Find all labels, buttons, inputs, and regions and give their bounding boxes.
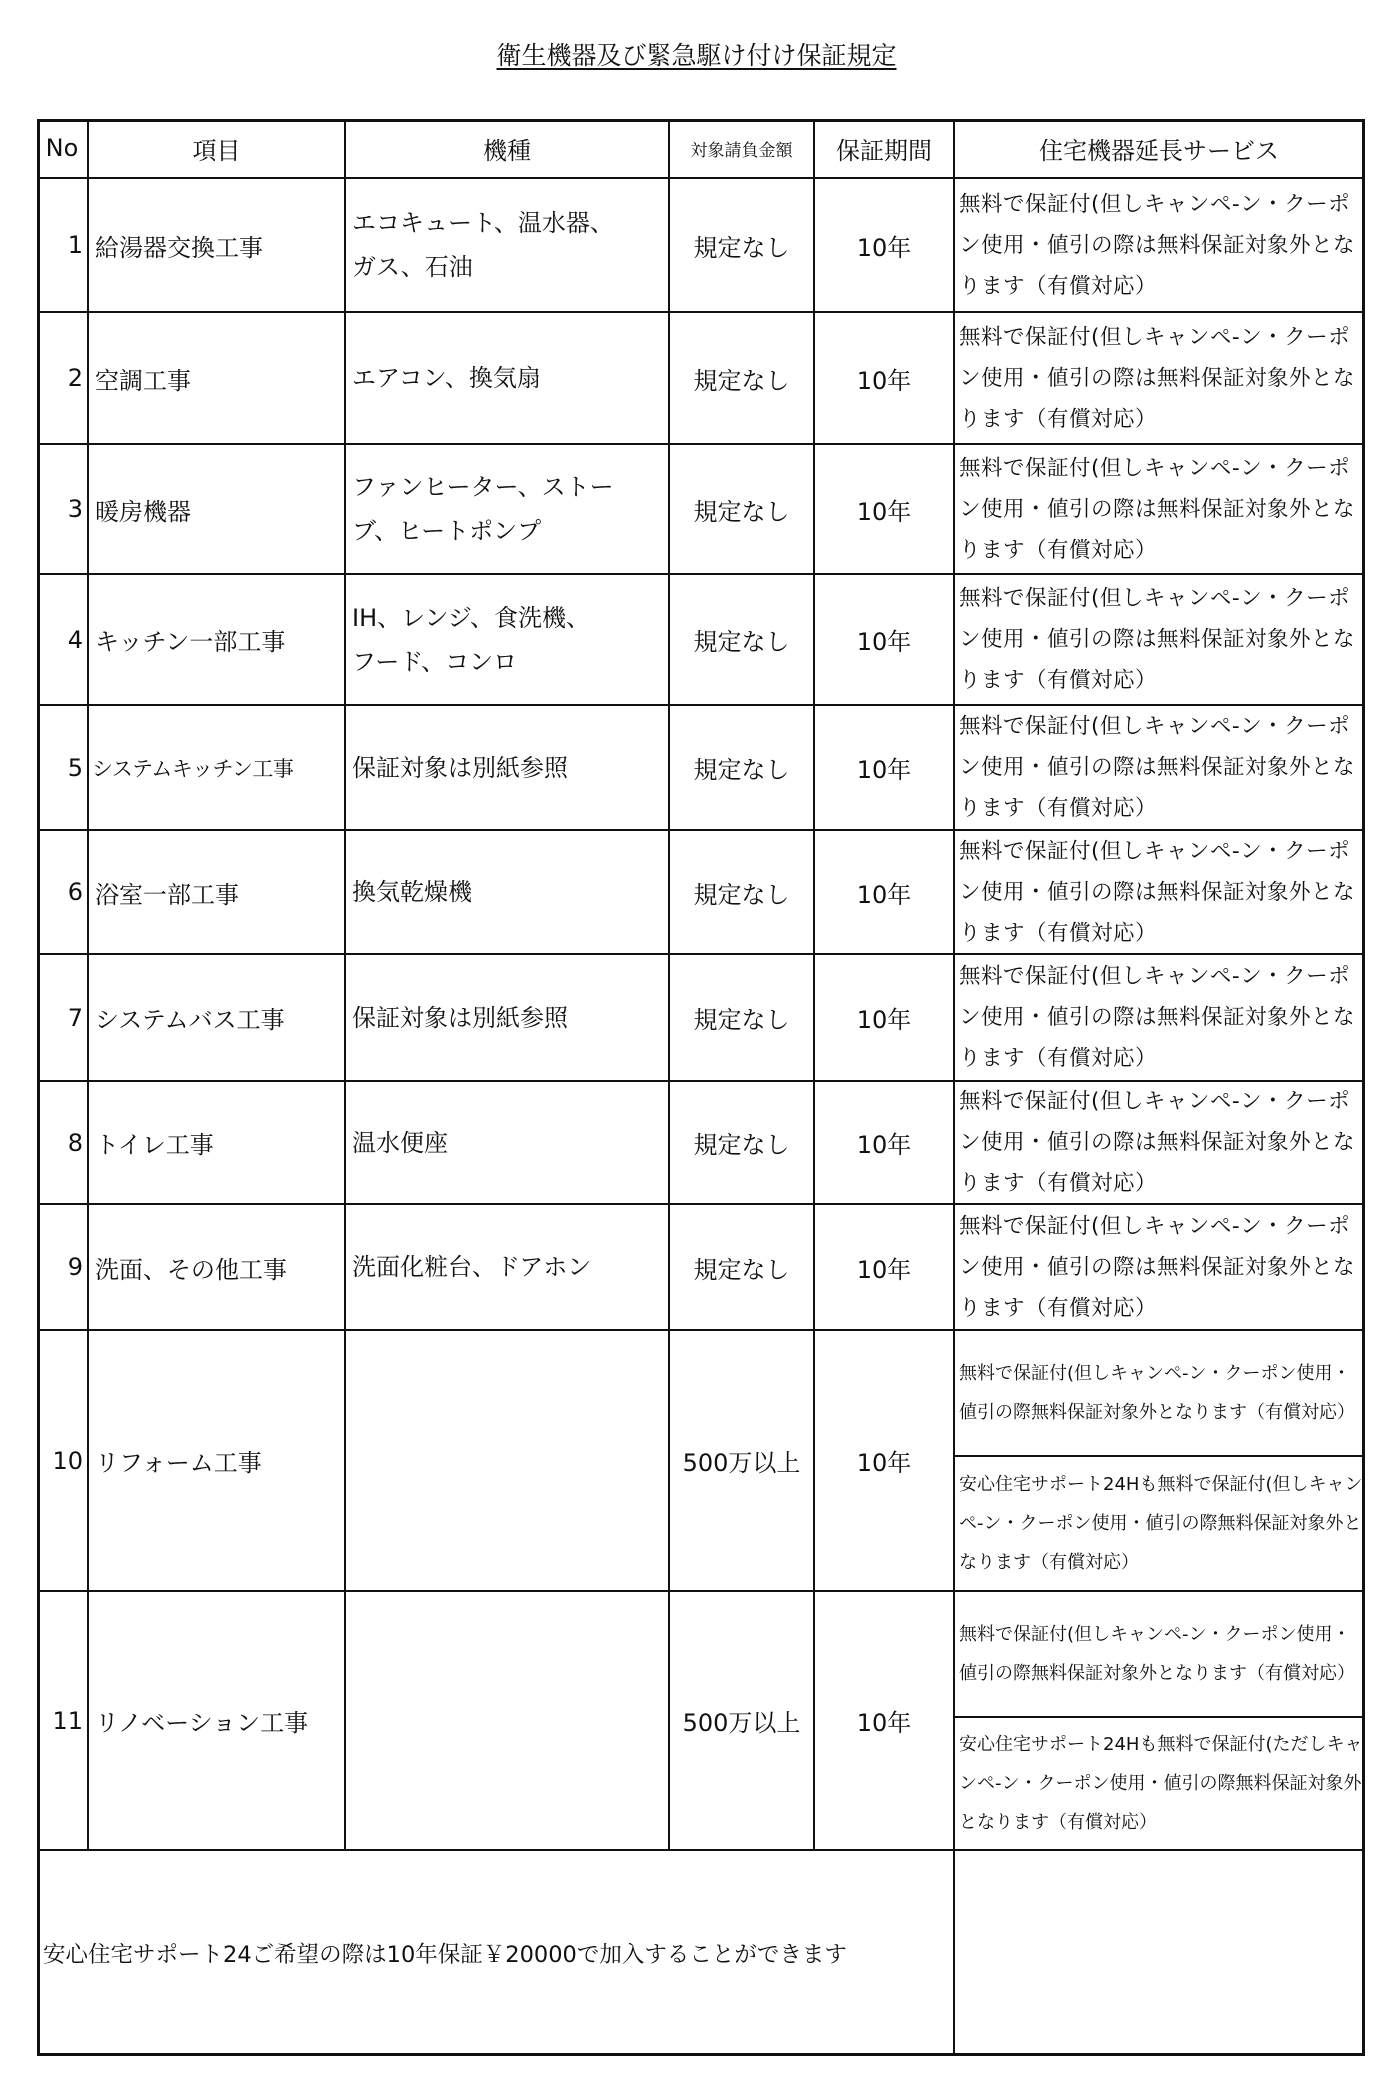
row-item: リノベーション工事	[89, 1592, 346, 1851]
document-title: 衛生機器及び緊急駆け付け保証規定	[0, 36, 1393, 72]
row-model	[346, 1592, 670, 1851]
row-model: 洗面化粧台、ドアホン	[346, 1205, 670, 1331]
row-service: 無料で保証付(但しキャンペ-ン・クーポン使用・値引の際は無料保証対象外となります…	[955, 1205, 1365, 1331]
row-item: トイレ工事	[89, 1082, 346, 1205]
row-model: ファンヒーター、ストー ブ、ヒートポンプ	[346, 445, 670, 575]
row-amount: 規定なし	[670, 575, 815, 706]
row-service: 無料で保証付(但しキャンペ-ン・クーポン使用・値引の際は無料保証対象外となります…	[955, 955, 1365, 1082]
row-model: IH、レンジ、食洗機、 フード、コンロ	[346, 575, 670, 706]
row-item: 暖房機器	[89, 445, 346, 575]
header-service: 住宅機器延長サービス	[955, 119, 1365, 179]
row-period: 10年	[815, 1331, 955, 1592]
row-model: 温水便座	[346, 1082, 670, 1205]
row-model: 保証対象は別紙参照	[346, 706, 670, 831]
row-item: キッチン一部工事	[89, 575, 346, 706]
row-period: 10年	[815, 179, 955, 313]
row-service-support24h: 安心住宅サポート24Hも無料で保証付(ただしキャンペ-ン・クーポン使用・値引の際…	[955, 1718, 1365, 1851]
row-service: 無料で保証付(但しキャンペ-ン・クーポン使用・値引の際は無料保証対象外となります…	[955, 831, 1365, 955]
row-service: 無料で保証付(但しキャンペ-ン・クーポン使用・値引の際は無料保証対象外となります…	[955, 445, 1365, 575]
header-no: No	[37, 119, 89, 179]
row-model: エアコン、換気扇	[346, 313, 670, 445]
row-model: 保証対象は別紙参照	[346, 955, 670, 1082]
row-number: 7	[37, 955, 89, 1082]
header-amount: 対象請負金額	[670, 119, 815, 179]
row-item: 洗面、その他工事	[89, 1205, 346, 1331]
row-service: 無料で保証付(但しキャンペ-ン・クーポン使用・値引の際は無料保証対象外となります…	[955, 1082, 1365, 1205]
row-service: 無料で保証付(但しキャンペ-ン・クーポン使用・値引の際は無料保証対象外となります…	[955, 575, 1365, 706]
footer-empty-cell	[955, 1851, 1365, 2056]
row-item: システムキッチン工事	[89, 706, 346, 831]
row-period: 10年	[815, 831, 955, 955]
header-item: 項目	[89, 119, 346, 179]
row-service: 無料で保証付(但しキャンペ-ン・クーポン使用・値引の際は無料保証対象外となります…	[955, 313, 1365, 445]
row-amount: 規定なし	[670, 1082, 815, 1205]
row-period: 10年	[815, 706, 955, 831]
row-model	[346, 1331, 670, 1592]
row-amount: 規定なし	[670, 445, 815, 575]
warranty-table: No 項目 機種 対象請負金額 保証期間 住宅機器延長サービス 1給湯器交換工事…	[37, 119, 1365, 2056]
row-amount: 規定なし	[670, 179, 815, 313]
row-item: 空調工事	[89, 313, 346, 445]
row-period: 10年	[815, 445, 955, 575]
row-period: 10年	[815, 1082, 955, 1205]
row-model: エコキュート、温水器、 ガス、石油	[346, 179, 670, 313]
row-amount: 500万以上	[670, 1592, 815, 1851]
row-period: 10年	[815, 955, 955, 1082]
row-number: 3	[37, 445, 89, 575]
row-number: 11	[37, 1592, 89, 1851]
row-number: 4	[37, 575, 89, 706]
header-period: 保証期間	[815, 119, 955, 179]
row-amount: 規定なし	[670, 955, 815, 1082]
row-item: システムバス工事	[89, 955, 346, 1082]
header-model: 機種	[346, 119, 670, 179]
row-amount: 規定なし	[670, 313, 815, 445]
row-amount: 500万以上	[670, 1331, 815, 1592]
row-period: 10年	[815, 1592, 955, 1851]
row-service: 無料で保証付(但しキャンペ-ン・クーポン使用・値引の際は無料保証対象外となります…	[955, 706, 1365, 831]
row-item: 浴室一部工事	[89, 831, 346, 955]
row-amount: 規定なし	[670, 706, 815, 831]
row-number: 2	[37, 313, 89, 445]
row-item: 給湯器交換工事	[89, 179, 346, 313]
row-period: 10年	[815, 313, 955, 445]
row-number: 8	[37, 1082, 89, 1205]
row-number: 6	[37, 831, 89, 955]
row-service: 無料で保証付(但しキャンペ-ン・クーポン使用・値引の際無料保証対象外となります（…	[955, 1592, 1365, 1718]
row-amount: 規定なし	[670, 831, 815, 955]
document-title-text: 衛生機器及び緊急駆け付け保証規定	[496, 41, 896, 70]
row-service: 無料で保証付(但しキャンペ-ン・クーポン使用・値引の際無料保証対象外となります（…	[955, 1331, 1365, 1457]
footer-note: 安心住宅サポート24ご希望の際は10年保証￥20000で加入することができます	[37, 1851, 955, 2056]
row-period: 10年	[815, 1205, 955, 1331]
row-service-support24h: 安心住宅サポート24Hも無料で保証付(但しキャンペ-ン・クーポン使用・値引の際無…	[955, 1457, 1365, 1592]
row-period: 10年	[815, 575, 955, 706]
row-number: 10	[37, 1331, 89, 1592]
row-service: 無料で保証付(但しキャンペ-ン・クーポン使用・値引の際は無料保証対象外となります…	[955, 179, 1365, 313]
row-item: リフォーム工事	[89, 1331, 346, 1592]
row-model: 換気乾燥機	[346, 831, 670, 955]
row-number: 1	[37, 179, 89, 313]
row-number: 5	[37, 706, 89, 831]
row-amount: 規定なし	[670, 1205, 815, 1331]
row-number: 9	[37, 1205, 89, 1331]
